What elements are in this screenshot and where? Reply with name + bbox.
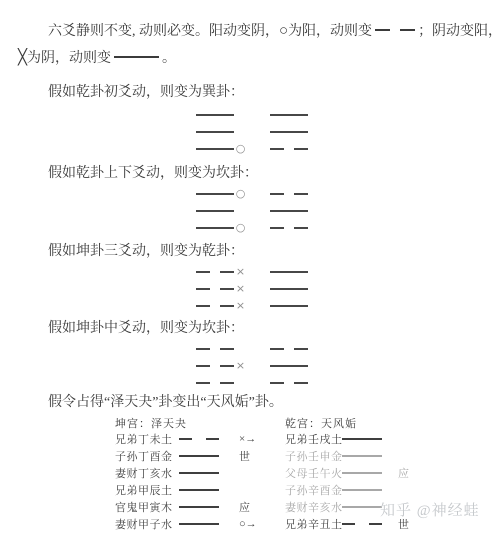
hexagram-line	[342, 472, 382, 474]
hexagram-line	[196, 148, 234, 150]
hexagram-line	[196, 114, 234, 116]
trigram-line-row	[270, 340, 321, 357]
intro-line-1: 六爻静则不变, 动则必变。阳动变阴，○为阳，动则变；阴动变阳，	[48, 18, 496, 45]
trigram-line-row	[270, 280, 321, 297]
hexagram-line	[270, 288, 308, 290]
trigram-line-row	[196, 106, 247, 123]
hexagram-line	[179, 489, 219, 491]
intro-text: 为阴，动则变	[27, 51, 111, 66]
hexagram-line	[270, 271, 308, 273]
section-heading-qian-to-xun: 假如乾卦初爻动，则变为巽卦：	[48, 85, 244, 101]
trigram-line-row: ○	[196, 219, 247, 236]
intro-text: ；阴动变阳，	[418, 24, 500, 39]
trigram-line-row: ×	[196, 263, 247, 280]
intro-paragraph: 六爻静则不变, 动则必变。阳动变阴，○为阳，动则变；阴动变阳， ╳为阴，动则变。	[18, 18, 496, 72]
hexagram-line	[270, 193, 308, 195]
trigram-line-row: ○	[196, 185, 247, 202]
line-name: 妻财丁亥水	[115, 465, 172, 481]
hexagram-line	[270, 227, 308, 229]
hexagram-line	[196, 305, 234, 307]
hexagram-row: 子孙辛酉金	[285, 482, 418, 499]
line-name: 父母壬午火	[285, 465, 342, 481]
line-marker: ×→	[239, 433, 273, 445]
line-name: 妻财甲子水	[115, 516, 172, 532]
trigram-after	[270, 106, 321, 157]
example-sentence: 假令占得“泽天夬”卦变出“天风姤”卦。	[48, 395, 283, 411]
hexagram-line	[342, 489, 382, 491]
line-name: 子孙壬申金	[285, 448, 342, 464]
trigram-line-row	[270, 357, 321, 374]
trigram-line-row	[270, 123, 321, 140]
trigram-line-row	[196, 374, 247, 391]
hexagram-row: 兄弟壬戌土	[285, 431, 418, 448]
hexagram-line	[196, 210, 234, 212]
hexagram-row: 兄弟甲辰土	[115, 482, 273, 499]
broken-line-symbol	[375, 29, 415, 31]
hexagram-line	[270, 131, 308, 133]
hexagram-line	[196, 131, 234, 133]
hexagram-line	[179, 523, 219, 525]
trigram-line-row: ×	[196, 297, 247, 314]
trigram-before: ×	[196, 340, 247, 391]
moving-line-mark: ○	[234, 188, 247, 199]
hexagram-line	[270, 210, 308, 212]
hexagram-row: 子孙壬申金	[285, 448, 418, 465]
hexagram-row: 父母壬午火应	[285, 465, 418, 482]
trigram-line-row: ×	[196, 280, 247, 297]
trigram-diagram-2: ○ ○	[196, 185, 321, 236]
moving-yin-cross-symbol: ╳	[18, 50, 27, 66]
line-name: 兄弟壬戌土	[285, 431, 342, 447]
trigram-after	[270, 340, 321, 391]
hexagram-line	[196, 271, 234, 273]
intro-text: 为阳，动则变	[288, 24, 372, 39]
line-name: 子孙辛酉金	[285, 482, 342, 498]
hexagram-line	[342, 438, 382, 440]
book-page: 六爻静则不变, 动则必变。阳动变阴，○为阳，动则变；阴动变阳， ╳为阴，动则变。…	[0, 0, 500, 533]
hexagram-line	[179, 472, 219, 474]
hexagram-line	[196, 365, 234, 367]
hexagram-row: 官鬼甲寅木应	[115, 499, 273, 516]
trigram-before: ○ ○	[196, 185, 247, 236]
section-heading-kun-to-qian: 假如坤卦三爻动，则变为乾卦：	[48, 244, 244, 260]
hexagram-line	[270, 365, 308, 367]
moving-line-mark: ○	[234, 222, 247, 233]
hexagram-line	[179, 438, 219, 440]
hexagram-row: 妻财丁亥水	[115, 465, 273, 482]
line-name: 妻财辛亥水	[285, 499, 342, 515]
trigram-line-row	[196, 123, 247, 140]
line-marker: 应	[239, 499, 273, 515]
line-name: 兄弟辛丑土	[285, 516, 342, 532]
intro-line-2: ╳为阴，动则变。	[18, 45, 496, 72]
trigram-line-row	[196, 340, 247, 357]
hexagram-line	[270, 148, 308, 150]
hexagram-line	[196, 382, 234, 384]
hexagram-line	[342, 455, 382, 457]
moving-line-mark: ○	[234, 143, 247, 154]
section-heading-qian-to-kan: 假如乾卦上下爻动，则变为坎卦：	[48, 166, 258, 182]
hexagram-line	[179, 455, 219, 457]
trigram-line-row	[270, 219, 321, 236]
hexagram-line	[196, 288, 234, 290]
trigram-line-row	[270, 106, 321, 123]
line-name: 兄弟丁未土	[115, 431, 172, 447]
moving-line-mark: ×	[234, 266, 247, 277]
moving-line-mark: ×	[234, 300, 247, 311]
solid-line-symbol	[114, 56, 159, 58]
intro-text: 。	[162, 51, 176, 66]
trigram-line-row	[270, 297, 321, 314]
trigram-line-row	[270, 263, 321, 280]
hexagram-line	[196, 227, 234, 229]
trigram-after	[270, 185, 321, 236]
trigram-diagram-4: ×	[196, 340, 321, 391]
hexagram-line	[196, 348, 234, 350]
trigram-line-row	[270, 374, 321, 391]
trigram-line-row	[196, 202, 247, 219]
trigram-line-row	[270, 202, 321, 219]
moving-line-mark: ×	[234, 283, 247, 294]
trigram-before: × × ×	[196, 263, 247, 314]
moving-yang-circle-symbol: ○	[279, 23, 288, 39]
table-header: 乾宫：天风姤	[285, 414, 418, 431]
hexagram-line	[270, 382, 308, 384]
hexagram-line	[342, 506, 382, 508]
hexagram-row: 兄弟丁未土×→	[115, 431, 273, 448]
trigram-diagram-3: × × ×	[196, 263, 321, 314]
hexagram-row: 妻财甲子水○→	[115, 515, 273, 532]
trigram-line-row: ○	[196, 140, 247, 157]
hexagram-line	[270, 114, 308, 116]
moving-line-mark: ×	[234, 360, 247, 371]
line-name: 官鬼甲寅木	[115, 499, 172, 515]
hexagram-row: 子孙丁酉金世	[115, 448, 273, 465]
trigram-diagram-1: ○	[196, 106, 321, 157]
trigram-line-row	[270, 140, 321, 157]
trigram-before: ○	[196, 106, 247, 157]
hexagram-table-zetianguai: 坤宫：泽天夬 兄弟丁未土×→ 子孙丁酉金世 妻财丁亥水 兄弟甲辰土 官鬼甲寅木应…	[115, 414, 273, 532]
hexagram-line	[179, 506, 219, 508]
intro-text: 六爻静则不变, 动则必变。阳动变阴，	[48, 24, 279, 39]
line-marker: 世	[239, 448, 273, 464]
trigram-line-row: ×	[196, 357, 247, 374]
trigram-line-row	[270, 185, 321, 202]
hexagram-line	[270, 348, 308, 350]
line-marker: 应	[398, 465, 418, 481]
section-heading-kun-to-kan: 假如坤卦中爻动，则变为坎卦：	[48, 321, 244, 337]
hexagram-line	[342, 523, 382, 525]
line-name: 兄弟甲辰土	[115, 482, 172, 498]
line-name: 子孙丁酉金	[115, 448, 172, 464]
hexagram-line	[196, 193, 234, 195]
hexagram-line	[270, 305, 308, 307]
trigram-after	[270, 263, 321, 314]
table-header: 坤宫：泽天夬	[115, 414, 273, 431]
zhihu-watermark: 知乎 @神经蛙	[380, 499, 480, 520]
line-marker: ○→	[239, 518, 273, 530]
